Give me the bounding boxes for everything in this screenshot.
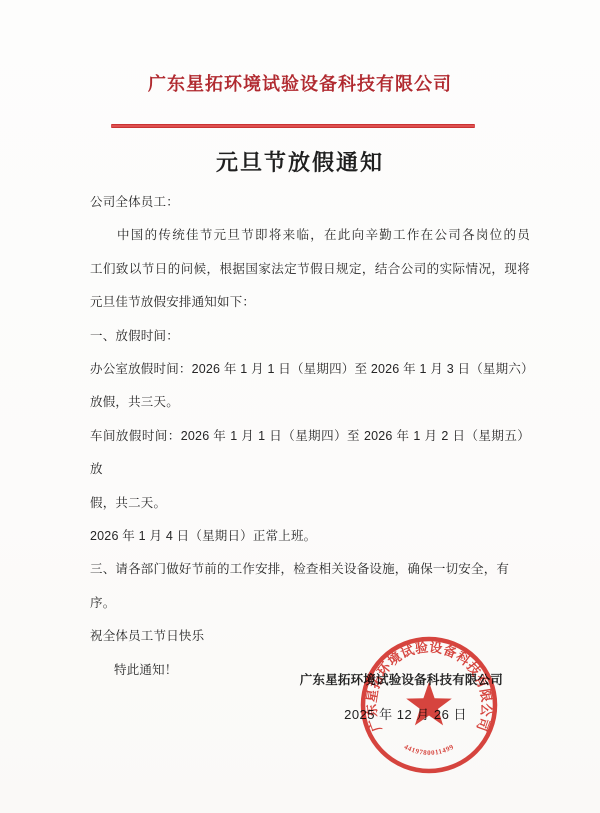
- section-1-heading: 一、放假时间：: [90, 320, 530, 353]
- intro-line-2: 工们致以节日的问候，根据国家法定节假日规定，结合公司的实际情况，现将: [90, 253, 530, 286]
- intro-line-3: 元旦佳节放假安排通知如下：: [90, 286, 530, 319]
- svg-text:4419780011499: 4419780011499: [403, 743, 456, 757]
- workshop-holiday-line-1: 车间放假时间：2026 年 1 月 1 日（星期四）至 2026 年 1 月 2…: [90, 420, 530, 487]
- office-holiday-line-2: 放假，共三天。: [90, 386, 530, 419]
- signature-date: 2025 年 12 月 26 日: [344, 704, 467, 723]
- seal-serial-number: 4419780011499: [403, 743, 456, 757]
- red-divider-line: [111, 124, 475, 128]
- return-to-work-line: 2026 年 1 月 4 日（星期日）正常上班。: [90, 520, 530, 553]
- signature-company-name: 广东星拓环境试验设备科技有限公司: [300, 670, 503, 688]
- wishes-line: 祝全体员工节日快乐: [90, 620, 530, 653]
- document-title: 元旦节放假通知: [0, 146, 600, 177]
- notice-body: 公司全体员工： 中国的传统佳节元旦节即将来临，在此向辛勤工作在公司各岗位的员 工…: [90, 186, 530, 687]
- section-3-line: 三、请各部门做好节前的工作安排，检查相关设备设施，确保一切安全，有序。: [90, 553, 530, 620]
- company-letterhead: 广东星拓环境试验设备科技有限公司: [0, 70, 600, 96]
- notice-document-page: 广东星拓环境试验设备科技有限公司 元旦节放假通知 公司全体员工： 中国的传统佳节…: [0, 0, 600, 813]
- intro-line-1: 中国的传统佳节元旦节即将来临，在此向辛勤工作在公司各岗位的员: [90, 219, 530, 252]
- salutation-line: 公司全体员工：: [90, 186, 530, 219]
- workshop-holiday-line-2: 假，共二天。: [90, 487, 530, 520]
- office-holiday-line-1: 办公室放假时间：2026 年 1 月 1 日（星期四）至 2026 年 1 月 …: [90, 353, 530, 386]
